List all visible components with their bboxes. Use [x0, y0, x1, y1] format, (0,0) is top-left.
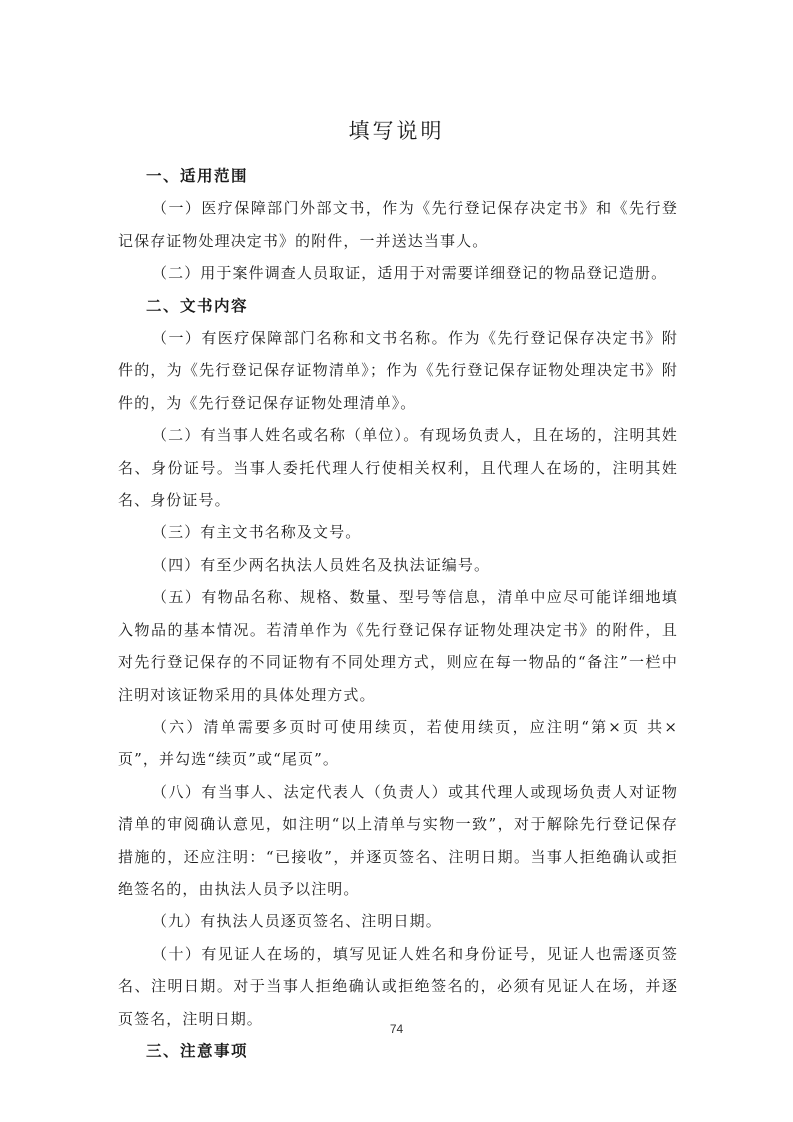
- page-title: 填写说明: [0, 116, 793, 146]
- paragraph: （三）有主文书名称及文号。: [118, 516, 678, 548]
- page-number: 74: [0, 1022, 793, 1036]
- section-heading-notes: 三、注意事项: [118, 1035, 678, 1067]
- paragraph: （十）有见证人在场的，填写见证人姓名和身份证号，见证人也需逐页签名、注明日期。对…: [118, 938, 678, 1035]
- paragraph: （八）有当事人、法定代表人（负责人）或其代理人或现场负责人对证物清单的审阅确认意…: [118, 776, 678, 906]
- paragraph: （九）有执法人员逐页签名、注明日期。: [118, 905, 678, 937]
- paragraph: （五）有物品名称、规格、数量、型号等信息，清单中应尽可能详细地填入物品的基本情况…: [118, 581, 678, 711]
- document-page: 填写说明 一、适用范围 （一）医疗保障部门外部文书，作为《先行登记保存决定书》和…: [0, 0, 793, 1122]
- section-heading-scope: 一、适用范围: [118, 160, 678, 192]
- paragraph: （一）医疗保障部门外部文书，作为《先行登记保存决定书》和《先行登记保存证物处理决…: [118, 192, 678, 257]
- document-body: 一、适用范围 （一）医疗保障部门外部文书，作为《先行登记保存决定书》和《先行登记…: [118, 160, 678, 1067]
- section-heading-content: 二、文书内容: [118, 290, 678, 322]
- paragraph: （六）清单需要多页时可使用续页，若使用续页，应注明“第×页 共×页”，并勾选“续…: [118, 711, 678, 776]
- paragraph: （四）有至少两名执法人员姓名及执法证编号。: [118, 549, 678, 581]
- paragraph: （二）用于案件调查人员取证，适用于对需要详细登记的物品登记造册。: [118, 257, 678, 289]
- paragraph: （一）有医疗保障部门名称和文书名称。作为《先行登记保存决定书》附件的，为《先行登…: [118, 322, 678, 419]
- paragraph: （二）有当事人姓名或名称（单位）。有现场负责人，且在场的，注明其姓名、身份证号。…: [118, 419, 678, 516]
